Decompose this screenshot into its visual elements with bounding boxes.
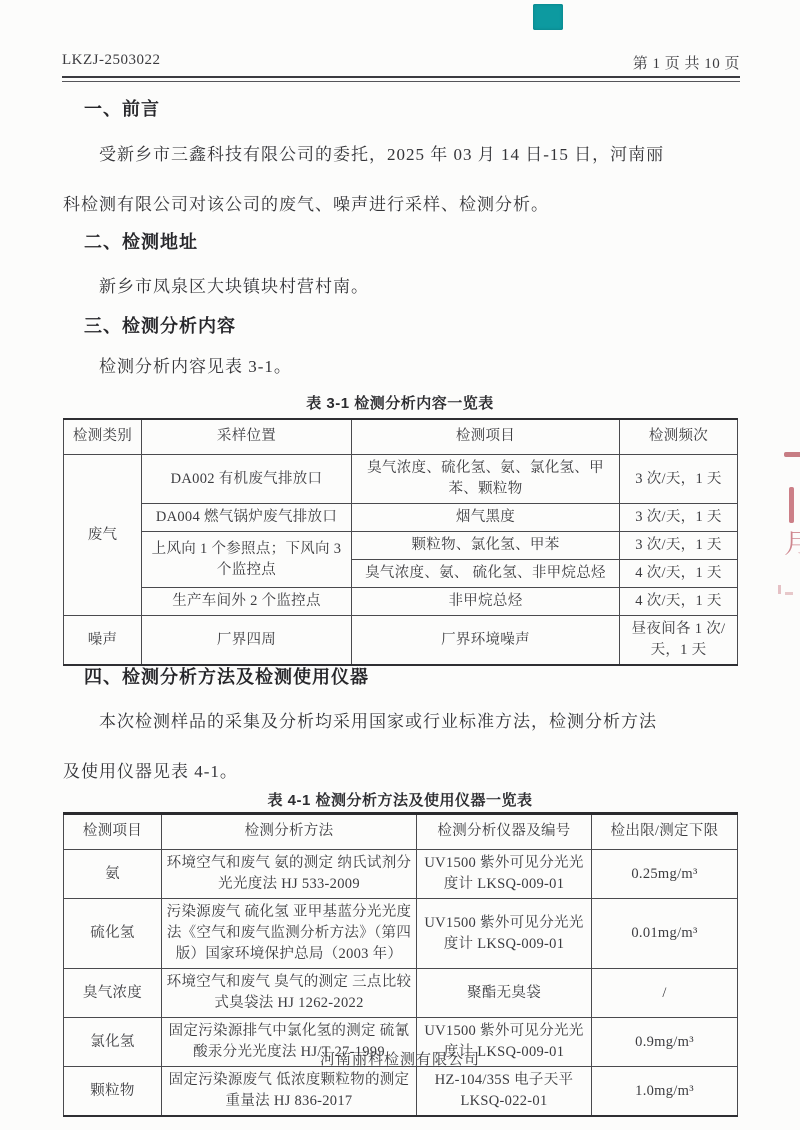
page-number-info: 第 1 页 共 10 页 [633,52,740,73]
frequency: 3 次/天，1 天 [620,504,738,532]
detection-limit: / [592,969,738,1018]
frequency: 昼夜间各 1 次/天，1 天 [620,616,738,666]
table-row: 氨 环境空气和废气 氨的测定 纳氏试剂分光光度法 HJ 533-2009 UV1… [64,850,738,899]
page-header: LKZJ-2503022 第 1 页 共 10 页 [62,52,740,73]
header-rule [62,76,740,82]
test-items: 厂界环境噪声 [352,616,620,666]
section-heading-4: 四、检测分析方法及检测使用仪器 [84,663,369,689]
table-header-row: 检测类别 采样位置 检测项目 检测频次 [64,419,738,455]
teal-mark [533,4,563,30]
sampling-position: DA004 燃气锅炉废气排放口 [142,504,352,532]
frequency: 4 次/天，1 天 [620,588,738,616]
red-stamp-fragment-dash [784,452,800,457]
col-header: 检测类别 [64,419,142,455]
frequency: 3 次/天，1 天 [620,532,738,560]
paragraph-line: 科检测有限公司对该公司的废气、噪声进行采样、检测分析。 [63,190,739,215]
analysis-method: 环境空气和废气 臭气的测定 三点比较式臭袋法 HJ 1262-2022 [162,969,417,1018]
paragraph-line: 及使用仪器见表 4-1。 [63,757,739,782]
red-stamp-fragment-bar [789,487,794,523]
table-row: 上风向 1 个参照点；下风向 3 个监控点 颗粒物、氯化氢、甲苯 3 次/天，1… [64,532,738,560]
sampling-position: DA002 有机废气排放口 [142,455,352,504]
table-3-1: 检测类别 采样位置 检测项目 检测频次 废气 DA002 有机废气排放口 臭气浓… [63,418,738,666]
analysis-method: 环境空气和废气 氨的测定 纳氏试剂分光光度法 HJ 533-2009 [162,850,417,899]
table-row: DA004 燃气锅炉废气排放口 烟气黑度 3 次/天，1 天 [64,504,738,532]
instrument: UV1500 紫外可见分光光度计 LKSQ-009-01 [417,850,592,899]
col-header: 检测项目 [352,419,620,455]
analysis-method: 污染源废气 硫化氢 亚甲基蓝分光光度法《空气和废气监测分析方法》（第四版）国家环… [162,899,417,969]
col-header: 检测频次 [620,419,738,455]
paragraph-line: 本次检测样品的采集及分析均采用国家或行业标准方法，检测分析方法 [63,707,775,732]
table-row: 生产车间外 2 个监控点 非甲烷总烃 4 次/天，1 天 [64,588,738,616]
frequency: 3 次/天，1 天 [620,455,738,504]
table-row: 废气 DA002 有机废气排放口 臭气浓度、硫化氢、氨、氯化氢、甲苯、颗粒物 3… [64,455,738,504]
instrument: 聚酯无臭袋 [417,969,592,1018]
col-header: 检测分析仪器及编号 [417,814,592,850]
table-row: 臭气浓度 环境空气和废气 臭气的测定 三点比较式臭袋法 HJ 1262-2022… [64,969,738,1018]
table41-caption: 表 4-1 检测分析方法及使用仪器一览表 [63,789,737,810]
paragraph-line: 受新乡市三鑫科技有限公司的委托，2025 年 03 月 14 日-15 日，河南… [63,140,775,165]
table31-caption: 表 3-1 检测分析内容一览表 [63,392,737,413]
test-item: 硫化氢 [64,899,162,969]
section-heading-3: 三、检测分析内容 [84,312,236,338]
section-heading-2: 二、检测地址 [84,228,198,254]
detection-limit: 1.0mg/m³ [592,1067,738,1117]
document-page: LKZJ-2503022 第 1 页 共 10 页 一、前言 受新乡市三鑫科技有… [0,0,800,1130]
test-items: 臭气浓度、氨、 硫化氢、非甲烷总烃 [352,560,620,588]
test-item: 臭气浓度 [64,969,162,1018]
sampling-position: 生产车间外 2 个监控点 [142,588,352,616]
paragraph-line: 检测分析内容见表 3-1。 [63,352,775,377]
instrument: UV1500 紫外可见分光光度计 LKSQ-009-01 [417,899,592,969]
table-header-row: 检测项目 检测分析方法 检测分析仪器及编号 检出限/测定下限 [64,814,738,850]
frequency: 4 次/天，1 天 [620,560,738,588]
table-4-1: 检测项目 检测分析方法 检测分析仪器及编号 检出限/测定下限 氨 环境空气和废气… [63,812,738,1117]
red-stamp-fragment-glyph: 月 [784,531,800,558]
test-items: 颗粒物、氯化氢、甲苯 [352,532,620,560]
paragraph-line: 新乡市凤泉区大块镇块村营村南。 [63,272,775,297]
red-stamp-fragment-dot [778,585,781,594]
footer-company: 河南丽科检测有限公司 [63,1048,737,1069]
detection-limit: 0.25mg/m³ [592,850,738,899]
section-heading-1: 一、前言 [84,95,160,121]
col-header: 检测项目 [64,814,162,850]
sampling-position: 上风向 1 个参照点；下风向 3 个监控点 [142,532,352,588]
col-header: 检测分析方法 [162,814,417,850]
test-items: 臭气浓度、硫化氢、氨、氯化氢、甲苯、颗粒物 [352,455,620,504]
category-cell: 废气 [64,455,142,616]
analysis-method: 固定污染源废气 低浓度颗粒物的测定 重量法 HJ 836-2017 [162,1067,417,1117]
detection-limit: 0.01mg/m³ [592,899,738,969]
red-stamp-fragment-dot [785,592,793,595]
table-row: 颗粒物 固定污染源废气 低浓度颗粒物的测定 重量法 HJ 836-2017 HZ… [64,1067,738,1117]
test-items: 烟气黑度 [352,504,620,532]
table-row: 硫化氢 污染源废气 硫化氢 亚甲基蓝分光光度法《空气和废气监测分析方法》（第四版… [64,899,738,969]
test-item: 颗粒物 [64,1067,162,1117]
test-item: 氨 [64,850,162,899]
table-row: 噪声 厂界四周 厂界环境噪声 昼夜间各 1 次/天，1 天 [64,616,738,666]
category-cell: 噪声 [64,616,142,666]
col-header: 采样位置 [142,419,352,455]
col-header: 检出限/测定下限 [592,814,738,850]
sampling-position: 厂界四周 [142,616,352,666]
instrument: HZ-104/35S 电子天平 LKSQ-022-01 [417,1067,592,1117]
test-items: 非甲烷总烃 [352,588,620,616]
doc-number: LKZJ-2503022 [62,52,161,73]
